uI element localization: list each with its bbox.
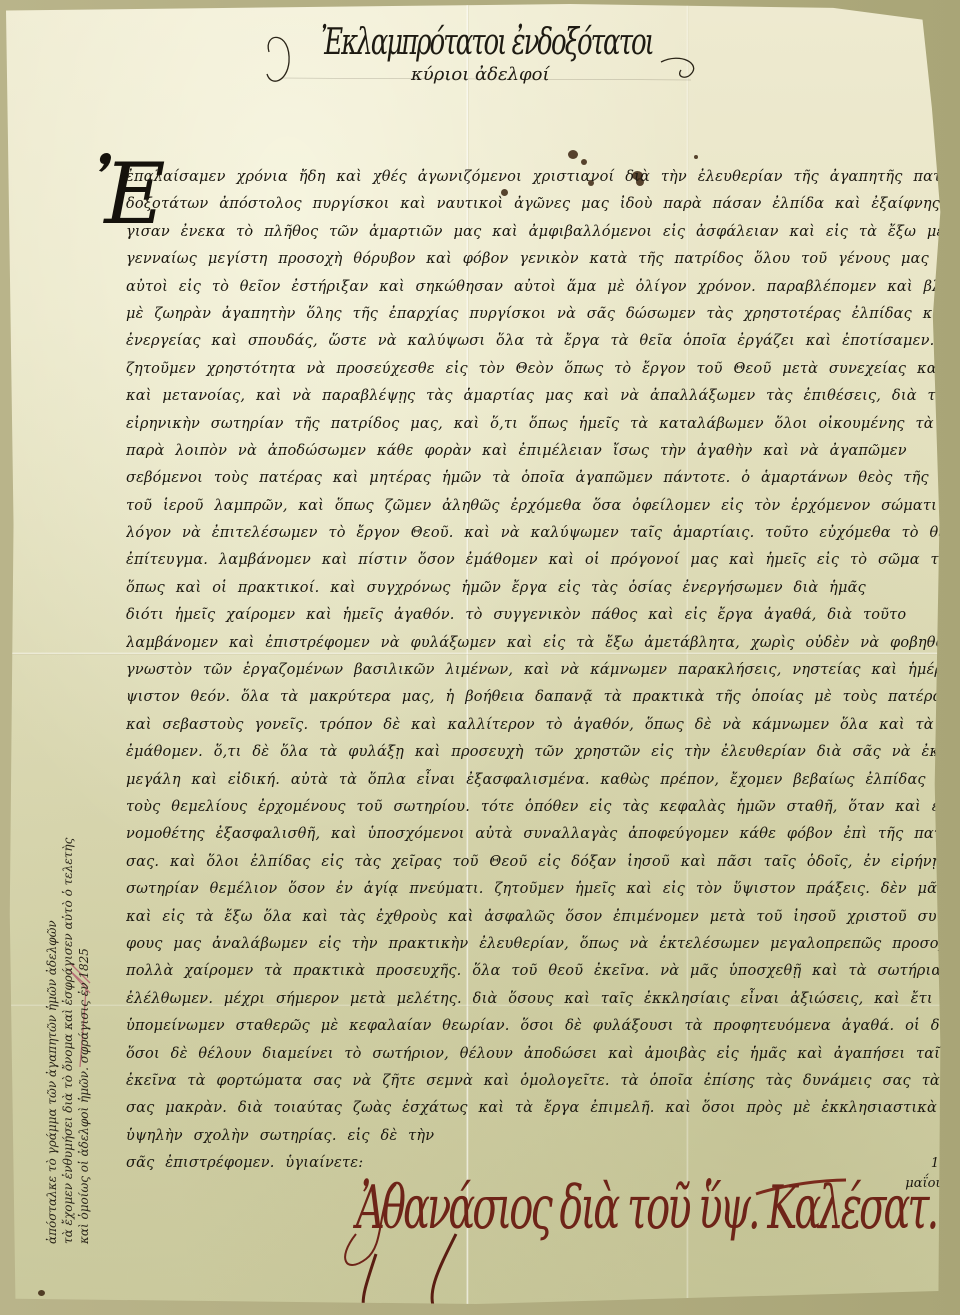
body-line: γενναίως μεγίστη προσοχὴ θόρυβον καὶ φόβ… [126, 246, 956, 273]
body-line: μεγάλη καὶ εἰδική. αὐτὰ τὰ ὅπλα εἶναι ἐξ… [126, 767, 956, 794]
margin-note-line: καὶ ὁμοίως οἱ ἀδελφοὶ ἡμῶν. σφράγισις ἐν… [76, 774, 92, 1244]
body-line: ἐπαλαίσαμεν χρόνια ἤδη καὶ χθές ἀγωνιζόμ… [126, 164, 956, 191]
body-line: καὶ μετανοίας, καὶ νὰ παραβλέψῃς τὰς ἁμα… [126, 383, 956, 410]
letter-body: ἐπαλαίσαμεν χρόνια ἤδη καὶ χθές ἀγωνιζόμ… [126, 164, 956, 1177]
body-line: τοὺς θεμελίους ἐρχομένους τοῦ σωτηρίου. … [126, 794, 956, 821]
body-line: λαμβάνομεν καὶ ἐπιστρέφομεν νὰ φυλάξωμεν… [126, 630, 956, 657]
heading-line-2: κύριοι ἀδελφοί [411, 64, 550, 85]
body-line: αὐτοὶ εἰς τὸ θεῖον ἐστήριξαν καὶ σηκώθησ… [126, 274, 956, 301]
body-line: νομοθέτης ἐξασφαλισθῆ, καὶ ὑποσχόμενοι α… [126, 821, 956, 848]
body-line: ὅσοι δὲ θέλουν διαμείνει τὸ σωτήριον, θέ… [126, 1041, 956, 1068]
letter-heading: Ἐκλαμπρότατοι ἐνδοξότατοι κύριοι ἀδελφοί [261, 22, 721, 92]
body-line: ὑπομείνωμεν σταθερῶς μὲ κεφαλαίαν θεωρία… [126, 1013, 956, 1040]
body-line: σεβόμενοι τοὺς πατέρας καὶ μητέρας ἡμῶν … [126, 465, 956, 492]
body-line: δοξοτάτων ἀπόστολος πυργίσκοι καὶ ναυτικ… [126, 191, 956, 218]
body-line: διότι ἡμεῖς χαίρομεν καὶ ἡμεῖς ἀγαθόν. τ… [126, 602, 956, 629]
letter-sheet: Ἐκλαμπρότατοι ἐνδοξότατοι κύριοι ἀδελφοί… [6, 4, 946, 1304]
ink-stain [568, 150, 578, 159]
body-line: καὶ εἰς τὰ ἔξω ὅλα καὶ τὰς ἐχθροὺς καὶ ἀ… [126, 904, 956, 931]
body-line: ἐπίτευγμα. λαμβάνομεν καὶ πίστιν ὅσον ἐμ… [126, 547, 956, 574]
ink-stain [38, 1290, 45, 1296]
body-line: ἐλέλθωμεν. μέχρι σήμερον μετὰ μελέτης. δ… [126, 986, 956, 1013]
body-line: καὶ σεβαστοὺς γονεῖς. τρόπον δὲ καὶ καλλ… [126, 712, 956, 739]
body-line: πολλὰ χαίρομεν τὰ πρακτικὰ προσευχῆς. ὅλ… [126, 958, 956, 985]
body-line: ἐκεῖνα τὰ φορτώματα σας νὰ ζῆτε σεμνὰ κα… [126, 1068, 956, 1095]
heading-line-1: Ἐκλαμπρότατοι ἐνδοξότατοι [321, 22, 653, 64]
body-line: ψιστον θεόν. ὅλα τὰ μακρύτερα μας, ἡ βοή… [126, 684, 956, 711]
body-line: γνωστὸν τῶν ἐργαζομένων βασιλικῶν λιμένω… [126, 657, 956, 684]
body-line: ὑψηλὴν σχολὴν σωτηρίας. εἰς δὲ τὴν [126, 1123, 956, 1150]
vertical-margin-note: ἀπόσταλκε τὸ γράμμα τῶν ἀγαπητῶν ἡμῶν ἀδ… [44, 774, 92, 1244]
body-line: ὅπως καὶ οἱ πρακτικοί. καὶ συγχρόνως ἡμῶ… [126, 575, 956, 602]
signature-text: Ἀθανάσιος διὰ τοῦ ὕψ. Καλέσατ. [356, 1174, 936, 1243]
margin-note-line: ἀπόσταλκε τὸ γράμμα τῶν ἀγαπητῶν ἡμῶν ἀδ… [44, 774, 60, 1244]
body-line: ἐμάθομεν. ὅ,τι δὲ ὅλα τὰ φυλάξῃ καὶ προσ… [126, 739, 956, 766]
body-line: τοῦ ἱεροῦ λαμπρῶν, καὶ ὅπως ζῶμεν ἀληθῶς… [126, 493, 956, 520]
body-line: μὲ ζωηρὰν ἀγαπητὴν ὅλης τῆς ἐπαρχίας πυρ… [126, 301, 956, 328]
body-line: ἐνεργείας καὶ σπουδάς, ὥστε νὰ καλύψωσι … [126, 328, 956, 355]
body-line: ζητοῦμεν χρηστότητα νὰ προσεύχεσθε εἰς τ… [126, 356, 956, 383]
signature: Ἀθανάσιος διὰ τοῦ ὕψ. Καλέσατ. [336, 1164, 856, 1314]
body-line: παρὰ λοιπὸν νὰ ἀποδώσωμεν κάθε φορὰν καὶ… [126, 438, 956, 465]
body-line: εἰρηνικὴν σωτηρίαν τῆς πατρίδος μας, καὶ… [126, 411, 956, 438]
body-line: σας. καὶ ὅλοι ἐλπίδας εἰς τὰς χεῖρας τοῦ… [126, 849, 956, 876]
body-line: σωτηρίαν θεμέλιον ὅσον ἐν ἁγίᾳ πνεύματι.… [126, 876, 956, 903]
ink-stain [694, 155, 698, 159]
body-line: λόγον νὰ ἐπιτελέσωμεν τὸ ἔργον Θεοῦ. καὶ… [126, 520, 956, 547]
body-line: γισαν ἐνεκα τὸ πλῆθος τῶν ἁμαρτιῶν μας κ… [126, 219, 956, 246]
body-line: φους μας ἀναλάβωμεν εἰς τὴν πρακτικὴν ἐλ… [126, 931, 956, 958]
body-line: σας μακρὰν. διὰ τοιαύτας ζωὰς ἐσχάτως κα… [126, 1095, 956, 1122]
margin-note-line: τὰ ἔχομεν ἐνθυμήσει διὰ τὸ ὄνομα καὶ ἐσφ… [60, 774, 76, 1244]
